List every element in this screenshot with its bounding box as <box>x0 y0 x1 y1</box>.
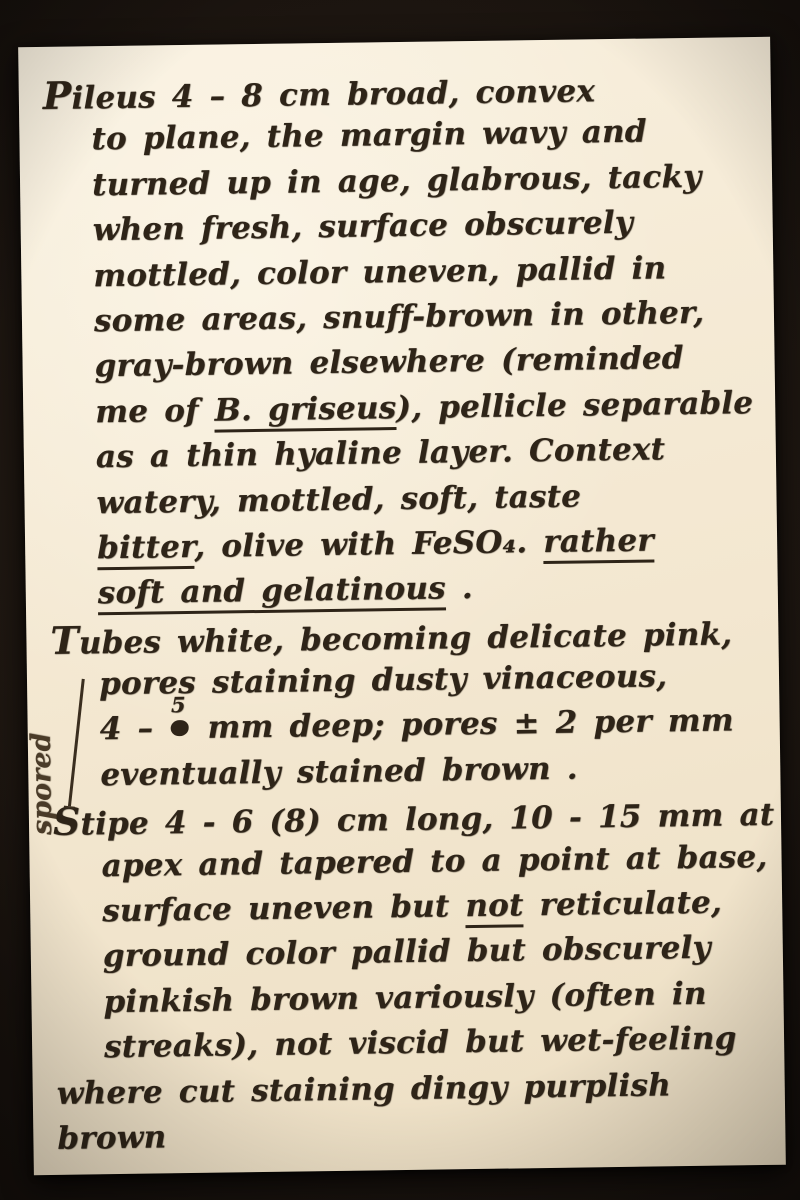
handwritten-line: turned up in age, glabrous, tacky <box>92 154 759 209</box>
line-segment: Pileus 4 – 8 cm broad, convex <box>43 73 596 117</box>
corrected-digit: 5 <box>169 707 192 738</box>
underlined-segment: not <box>465 887 524 928</box>
line-segment: gray-brown elsewhere (reminded <box>94 340 684 384</box>
line-segment: as a thin hyaline layer. Context <box>96 431 666 475</box>
underlined-segment: soft and gelatinous <box>98 571 447 616</box>
line-segment: watery, mottled, soft, taste <box>96 478 581 521</box>
section-tubes: Tubes white, becoming delicate pink,pore… <box>42 608 766 800</box>
line-segment: where cut staining dingy purplish <box>57 1067 672 1112</box>
line-segment: some areas, snuff-brown in other, <box>94 295 705 340</box>
line-segment: streaks), not viscid but wet-feeling <box>104 1021 737 1066</box>
line-segment: turned up in age, glabrous, tacky <box>92 159 702 204</box>
underlined-segment: rather <box>543 522 654 564</box>
handwritten-line: as a thin hyaline layer. Context <box>96 426 763 481</box>
underlined-segment: B. griseus <box>214 390 396 433</box>
handwriting-area: Pileus 4 – 8 cm broad, convexto plane, t… <box>18 37 786 1175</box>
section-stipe: Stipe 4 - 6 (8) cm long, 10 - 15 mm atap… <box>45 789 772 1162</box>
line-segment: eventually stained brown . <box>100 750 578 793</box>
line-segment: to plane, the margin wavy and <box>91 114 647 158</box>
underlined-segment: bitter <box>97 529 195 570</box>
line-segment: ground color pallid but obscurely <box>103 930 711 974</box>
handwritten-line: 4 – 5 mm deep; pores ± 2 per mm <box>99 698 766 753</box>
margin-note-spored: spored <box>25 665 63 835</box>
line-segment: 4 – <box>99 711 169 748</box>
photo-background: { "photo": { "background_color": "#14100… <box>0 0 800 1200</box>
section-pileus: Pileus 4 – 8 cm broad, convexto plane, t… <box>35 63 765 618</box>
line-segment: , olive with FeSO₄. <box>194 524 544 565</box>
line-segment: pinkish brown variously (often in <box>103 976 707 1020</box>
line-segment: mm deep; pores ± 2 per mm <box>191 703 734 747</box>
ink-blot <box>171 720 189 736</box>
handwritten-line: brown <box>57 1107 772 1162</box>
line-segment: mottled, color uneven, pallid in <box>93 250 666 294</box>
line-segment: . <box>446 570 474 606</box>
line-segment: surface uneven but <box>102 888 466 929</box>
line-segment: me of <box>95 392 215 430</box>
note-paper: Pileus 4 – 8 cm broad, convexto plane, t… <box>18 37 786 1175</box>
line-segment: ), pellicle separable <box>396 385 753 426</box>
line-segment: apex and tapered to a point at base, <box>101 839 767 884</box>
line-segment: reticulate, <box>523 885 722 924</box>
superscript-correction: 5 <box>171 694 186 715</box>
line-segment: brown <box>57 1119 166 1157</box>
line-segment: when fresh, surface obscurely <box>92 205 633 249</box>
